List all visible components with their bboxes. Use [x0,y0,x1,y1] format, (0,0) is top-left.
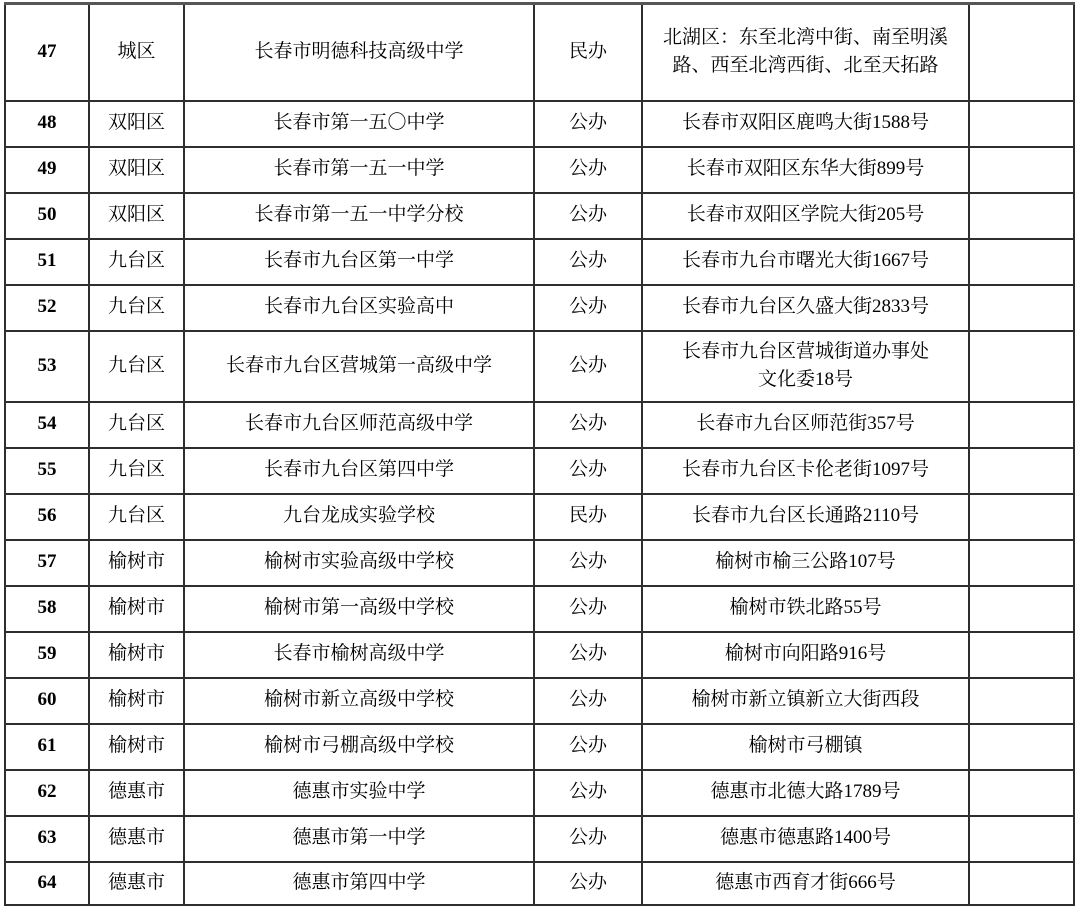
cell-district: 双阳区 [89,147,184,193]
cell-district: 榆树市 [89,632,184,678]
cell-school-type: 公办 [534,816,642,862]
cell-sequence-number: 48 [5,101,89,147]
cell-district: 双阳区 [89,101,184,147]
table-row: 48 双阳区 长春市第一五〇中学 公办 长春市双阳区鹿鸣大街1588号 [5,101,1074,147]
cell-sequence-number: 47 [5,4,89,101]
cell-district: 九台区 [89,239,184,285]
cell-school-type: 公办 [534,147,642,193]
cell-school-name: 长春市榆树高级中学 [184,632,534,678]
cell-school-type: 公办 [534,632,642,678]
cell-school-type: 民办 [534,4,642,101]
cell-school-type: 公办 [534,331,642,402]
cell-school-name: 德惠市第四中学 [184,862,534,905]
table-row: 53 九台区 长春市九台区营城第一高级中学 公办 长春市九台区营城街道办事处 文… [5,331,1074,402]
cell-district: 双阳区 [89,193,184,239]
cell-sequence-number: 56 [5,494,89,540]
cell-empty [969,101,1074,147]
cell-school-name: 德惠市实验中学 [184,770,534,816]
cell-address: 北湖区：东至北湾中街、南至明溪 路、西至北湾西街、北至天拓路 [642,4,969,101]
table-row: 62 德惠市 德惠市实验中学 公办 德惠市北德大路1789号 [5,770,1074,816]
cell-address: 德惠市德惠路1400号 [642,816,969,862]
cell-sequence-number: 55 [5,448,89,494]
cell-district: 德惠市 [89,862,184,905]
table-row: 49 双阳区 长春市第一五一中学 公办 长春市双阳区东华大街899号 [5,147,1074,193]
cell-address: 长春市双阳区东华大街899号 [642,147,969,193]
cell-school-type: 公办 [534,586,642,632]
cell-school-type: 公办 [534,770,642,816]
cell-address: 长春市九台区久盛大街2833号 [642,285,969,331]
school-list-document: 47 城区 长春市明德科技高级中学 民办 北湖区：东至北湾中街、南至明溪 路、西… [4,2,1073,906]
cell-school-type: 公办 [534,193,642,239]
cell-district: 榆树市 [89,724,184,770]
cell-empty [969,193,1074,239]
table-row: 57 榆树市 榆树市实验高级中学校 公办 榆树市榆三公路107号 [5,540,1074,586]
cell-empty [969,770,1074,816]
cell-school-name: 榆树市实验高级中学校 [184,540,534,586]
cell-empty [969,4,1074,101]
cell-district: 九台区 [89,448,184,494]
cell-district: 榆树市 [89,540,184,586]
cell-empty [969,147,1074,193]
cell-sequence-number: 50 [5,193,89,239]
cell-empty [969,331,1074,402]
cell-school-name: 榆树市第一高级中学校 [184,586,534,632]
table-row: 50 双阳区 长春市第一五一中学分校 公办 长春市双阳区学院大街205号 [5,193,1074,239]
cell-school-type: 公办 [534,540,642,586]
cell-sequence-number: 61 [5,724,89,770]
cell-school-name: 榆树市弓棚高级中学校 [184,724,534,770]
cell-district: 榆树市 [89,678,184,724]
cell-empty [969,402,1074,448]
school-list-table: 47 城区 长春市明德科技高级中学 民办 北湖区：东至北湾中街、南至明溪 路、西… [4,2,1075,906]
cell-school-type: 公办 [534,101,642,147]
table-row: 59 榆树市 长春市榆树高级中学 公办 榆树市向阳路916号 [5,632,1074,678]
cell-sequence-number: 58 [5,586,89,632]
table-row: 54 九台区 长春市九台区师范高级中学 公办 长春市九台区师范街357号 [5,402,1074,448]
cell-school-type: 公办 [534,239,642,285]
cell-school-name: 九台龙成实验学校 [184,494,534,540]
cell-school-name: 长春市第一五〇中学 [184,101,534,147]
table-row: 47 城区 长春市明德科技高级中学 民办 北湖区：东至北湾中街、南至明溪 路、西… [5,4,1074,101]
cell-address: 长春市双阳区学院大街205号 [642,193,969,239]
cell-school-name: 长春市九台区营城第一高级中学 [184,331,534,402]
cell-district: 榆树市 [89,586,184,632]
cell-address: 长春市九台区卡伦老街1097号 [642,448,969,494]
cell-empty [969,448,1074,494]
cell-address: 榆树市榆三公路107号 [642,540,969,586]
cell-sequence-number: 60 [5,678,89,724]
cell-empty [969,586,1074,632]
cell-school-name: 长春市九台区师范高级中学 [184,402,534,448]
cell-district: 九台区 [89,494,184,540]
cell-school-type: 公办 [534,285,642,331]
cell-empty [969,632,1074,678]
cell-school-name: 长春市九台区第四中学 [184,448,534,494]
table-row: 51 九台区 长春市九台区第一中学 公办 长春市九台市曙光大街1667号 [5,239,1074,285]
cell-address: 榆树市弓棚镇 [642,724,969,770]
cell-address: 榆树市向阳路916号 [642,632,969,678]
cell-school-name: 长春市明德科技高级中学 [184,4,534,101]
school-table-body: 47 城区 长春市明德科技高级中学 民办 北湖区：东至北湾中街、南至明溪 路、西… [5,4,1074,905]
table-row: 52 九台区 长春市九台区实验高中 公办 长春市九台区久盛大街2833号 [5,285,1074,331]
cell-address: 长春市九台区师范街357号 [642,402,969,448]
cell-school-type: 公办 [534,678,642,724]
cell-school-type: 公办 [534,402,642,448]
cell-empty [969,494,1074,540]
cell-school-type: 民办 [534,494,642,540]
cell-school-name: 长春市第一五一中学 [184,147,534,193]
cell-address: 榆树市铁北路55号 [642,586,969,632]
cell-empty [969,816,1074,862]
cell-sequence-number: 53 [5,331,89,402]
table-row: 63 德惠市 德惠市第一中学 公办 德惠市德惠路1400号 [5,816,1074,862]
cell-address: 长春市九台区长通路2110号 [642,494,969,540]
table-row: 56 九台区 九台龙成实验学校 民办 长春市九台区长通路2110号 [5,494,1074,540]
cell-address: 榆树市新立镇新立大街西段 [642,678,969,724]
cell-school-name: 长春市九台区实验高中 [184,285,534,331]
cell-district: 德惠市 [89,816,184,862]
cell-district: 九台区 [89,402,184,448]
cell-sequence-number: 52 [5,285,89,331]
cell-sequence-number: 57 [5,540,89,586]
cell-address: 德惠市西育才街666号 [642,862,969,905]
cell-school-name: 长春市九台区第一中学 [184,239,534,285]
cell-address: 长春市九台市曙光大街1667号 [642,239,969,285]
cell-district: 城区 [89,4,184,101]
cell-district: 九台区 [89,285,184,331]
cell-school-type: 公办 [534,448,642,494]
cell-empty [969,678,1074,724]
cell-school-type: 公办 [534,724,642,770]
cell-sequence-number: 64 [5,862,89,905]
cell-district: 九台区 [89,331,184,402]
cell-empty [969,862,1074,905]
table-row: 61 榆树市 榆树市弓棚高级中学校 公办 榆树市弓棚镇 [5,724,1074,770]
cell-address: 德惠市北德大路1789号 [642,770,969,816]
cell-school-name: 德惠市第一中学 [184,816,534,862]
cell-empty [969,285,1074,331]
cell-sequence-number: 59 [5,632,89,678]
cell-address: 长春市双阳区鹿鸣大街1588号 [642,101,969,147]
table-row: 60 榆树市 榆树市新立高级中学校 公办 榆树市新立镇新立大街西段 [5,678,1074,724]
table-row: 64 德惠市 德惠市第四中学 公办 德惠市西育才街666号 [5,862,1074,905]
cell-sequence-number: 62 [5,770,89,816]
cell-empty [969,540,1074,586]
cell-district: 德惠市 [89,770,184,816]
cell-address: 长春市九台区营城街道办事处 文化委18号 [642,331,969,402]
cell-empty [969,724,1074,770]
table-row: 58 榆树市 榆树市第一高级中学校 公办 榆树市铁北路55号 [5,586,1074,632]
cell-school-name: 榆树市新立高级中学校 [184,678,534,724]
cell-school-type: 公办 [534,862,642,905]
cell-empty [969,239,1074,285]
cell-sequence-number: 54 [5,402,89,448]
cell-school-name: 长春市第一五一中学分校 [184,193,534,239]
cell-sequence-number: 51 [5,239,89,285]
cell-sequence-number: 49 [5,147,89,193]
cell-sequence-number: 63 [5,816,89,862]
table-row: 55 九台区 长春市九台区第四中学 公办 长春市九台区卡伦老街1097号 [5,448,1074,494]
